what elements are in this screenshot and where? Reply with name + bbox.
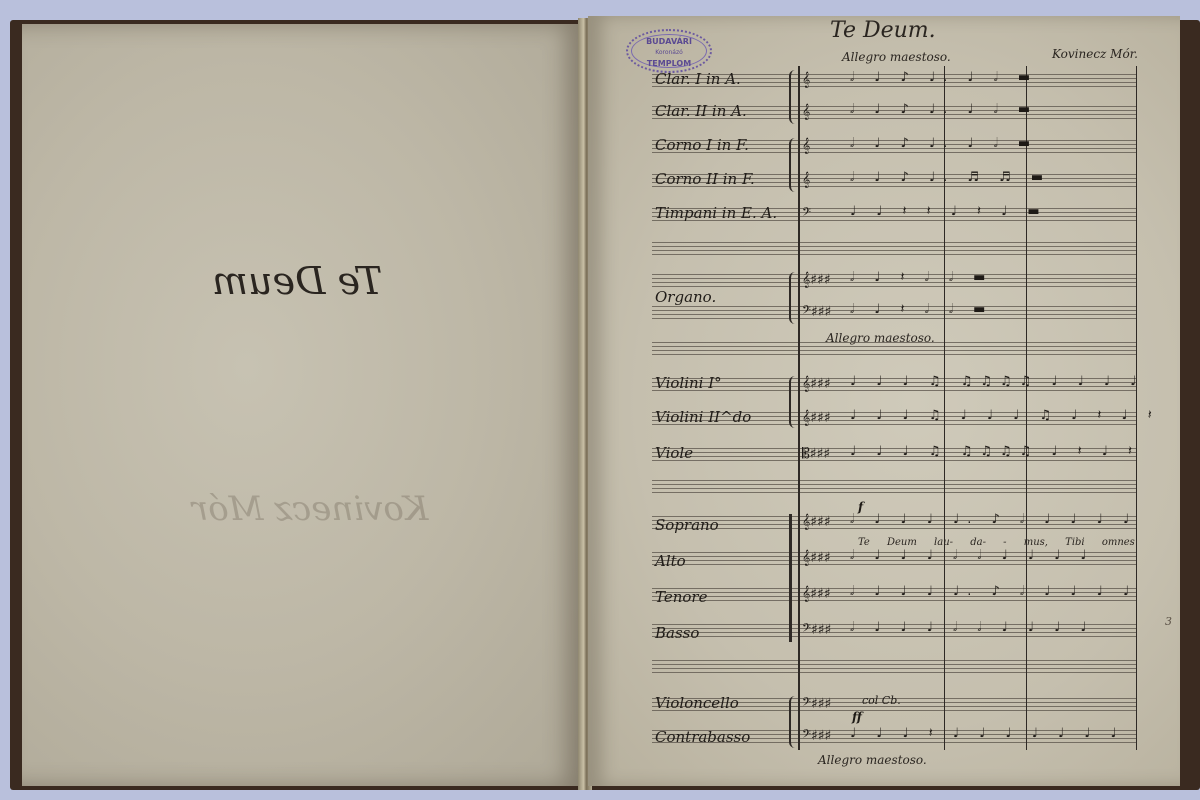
lyric-word: Tibi (1065, 537, 1084, 548)
page-number: 3 (1165, 615, 1172, 628)
lyric-word: da- (970, 537, 986, 548)
bass-clef-icon: 𝄢♯♯♯ (802, 304, 831, 320)
label-contrabass: Contrabasso (655, 728, 750, 746)
bass-clef-icon: 𝄢 (802, 206, 811, 222)
label-cello: Violoncello (655, 694, 739, 712)
lyric-word: omnes (1102, 537, 1135, 548)
label-corno2: Corno II in F. (655, 170, 755, 188)
treble-clef-icon: 𝄞♯♯♯ (802, 272, 831, 288)
label-tenore: Tenore (655, 588, 707, 606)
bass-clef-icon: 𝄢♯♯♯ (802, 622, 831, 638)
label-basso: Basso (655, 624, 699, 642)
brace-horns (789, 138, 797, 192)
stamp-line3: TEMPLOM (632, 58, 706, 69)
tempo-bottom: Allegro maestoso. (818, 753, 927, 767)
lyric-word: Te (858, 537, 870, 548)
label-timpani: Timpani in E. A. (655, 204, 777, 222)
notes-tenore: 𝅗𝅥 ♩ ♩ ♩ ♩. ♪ 𝅗𝅥 ♩ ♩ ♩ ♩ (850, 584, 1137, 599)
staff-empty1 (652, 242, 1136, 258)
treble-clef-icon: 𝄞 (802, 104, 810, 120)
notes-alto: 𝅗𝅥 ♩ ♩ ♩ 𝅗𝅥 𝅗𝅥 ♩ ♩ ♩ ♩ (850, 548, 1095, 563)
label-organ: Organo. (655, 288, 716, 306)
treble-clef-icon: 𝄞♯♯♯ (802, 514, 831, 530)
notes-contrabass: ♩ ♩ ♩ 𝄽 ♩ ♩ ♩ ♩ ♩ ♩ ♩ (850, 726, 1125, 741)
notes-corno1: 𝅗𝅥 ♩ ♪ ♩. ♩ 𝅗𝅥 ▬ (850, 136, 1038, 151)
label-alto: Alto (655, 552, 686, 570)
notes-organ-right: 𝅗𝅥 ♩ 𝄽 𝅗𝅥 𝅗𝅥 ▬ (850, 270, 993, 285)
label-violin1: Violini I° (655, 374, 722, 392)
label-clar1: Clar. I in A. (655, 70, 741, 88)
col-cb-marking: col Cb. (862, 694, 901, 707)
notes-organ-left: 𝅗𝅥 ♩ 𝄽 𝅗𝅥 𝅗𝅥 ▬ (850, 302, 993, 317)
staff-empty4 (652, 660, 1136, 676)
stamp-line1: BUDAVÁRI (632, 36, 706, 47)
brace-basses (789, 696, 797, 748)
notes-corno2: 𝅗𝅥 ♩ ♪ ♩. ♬ ♬ ▬ (850, 170, 1051, 185)
label-soprano: Soprano (655, 516, 719, 534)
notes-basso: 𝅗𝅥 ♩ ♩ ♩ 𝅗𝅥 𝅗𝅥 ♩ ♩ ♩ ♩ (850, 620, 1095, 635)
church-stamp: BUDAVÁRI Koronázó TEMPLOM (626, 29, 712, 73)
bracket-choir (789, 514, 798, 642)
notes-violin2: ♩ ♩ ♩ ♫ ♩ ♩ ♩ ♫ ♩ 𝄽 ♩ 𝄽 (850, 408, 1160, 423)
treble-clef-icon: 𝄞♯♯♯ (802, 550, 831, 566)
left-page: Te Deum Kovinecz Mór (22, 24, 584, 786)
lyric-word: lau- (934, 537, 953, 548)
notes-viola: ♩ ♩ ♩ ♫ ♫♫♫♫ ♩ 𝄽 ♩ 𝄽 (850, 444, 1140, 459)
notes-clar2: 𝅗𝅥 ♩ ♪ ♩. ♩ 𝅗𝅥 ▬ (850, 102, 1038, 117)
system-line (798, 66, 800, 750)
tempo-top: Allegro maestoso. (842, 50, 951, 64)
staff-empty2 (652, 342, 1136, 358)
brace-violins (789, 376, 797, 428)
stamp-line2: Koronázó (632, 47, 706, 58)
label-corno1: Corno I in F. (655, 136, 749, 154)
lyrics-line: Te Deum lau- da- - mus, Tibi omnes (858, 537, 1135, 548)
show-through-author: Kovinecz Mór (192, 489, 428, 529)
dynamic-f: f (858, 500, 863, 514)
bass-clef-icon: 𝄢♯♯♯ (802, 728, 831, 744)
treble-clef-icon: 𝄞♯♯♯ (802, 410, 831, 426)
alto-clef-icon: 𝄡♯♯♯ (802, 446, 830, 462)
notes-violin1: ♩ ♩ ♩ ♫ ♫♫♫♫ ♩ ♩ ♩ ♩ (850, 374, 1144, 389)
label-viola: Viole (655, 444, 693, 462)
label-clar2: Clar. II in A. (655, 102, 747, 120)
score-title: Te Deum. (830, 18, 936, 43)
treble-clef-icon: 𝄞 (802, 138, 810, 154)
bass-clef-icon: 𝄢♯♯♯ (802, 696, 831, 712)
treble-clef-icon: 𝄞 (802, 72, 810, 88)
brace-organ (789, 272, 797, 324)
notes-clar1: 𝅗𝅥 ♩ ♪ ♩. ♩ 𝅗𝅥 ▬ (850, 70, 1038, 85)
show-through-title: Te Deum (212, 259, 382, 303)
composer-name: Kovinecz Mór. (1052, 47, 1138, 61)
brace-clarinets (789, 70, 797, 124)
notes-timpani: ♩ ♩ 𝄽 𝄽 ♩ 𝄽 ♩ ▬ (850, 204, 1048, 219)
treble-clef-icon: 𝄞 (802, 172, 810, 188)
notes-soprano: 𝅗𝅥 ♩ ♩ ♩ ♩. ♪ 𝅗𝅥 ♩ ♩ ♩ ♩ (850, 512, 1137, 527)
lyric-word: mus, (1024, 537, 1048, 548)
lyric-word: - (1003, 537, 1006, 548)
label-violin2: Violini II^do (655, 408, 751, 426)
treble-clef-icon: 𝄞♯♯♯ (802, 586, 831, 602)
dynamic-ff: ff (852, 710, 862, 724)
treble-clef-icon: 𝄞♯♯♯ (802, 376, 831, 392)
lyric-word: Deum (887, 537, 917, 548)
staff-empty3 (652, 480, 1136, 496)
